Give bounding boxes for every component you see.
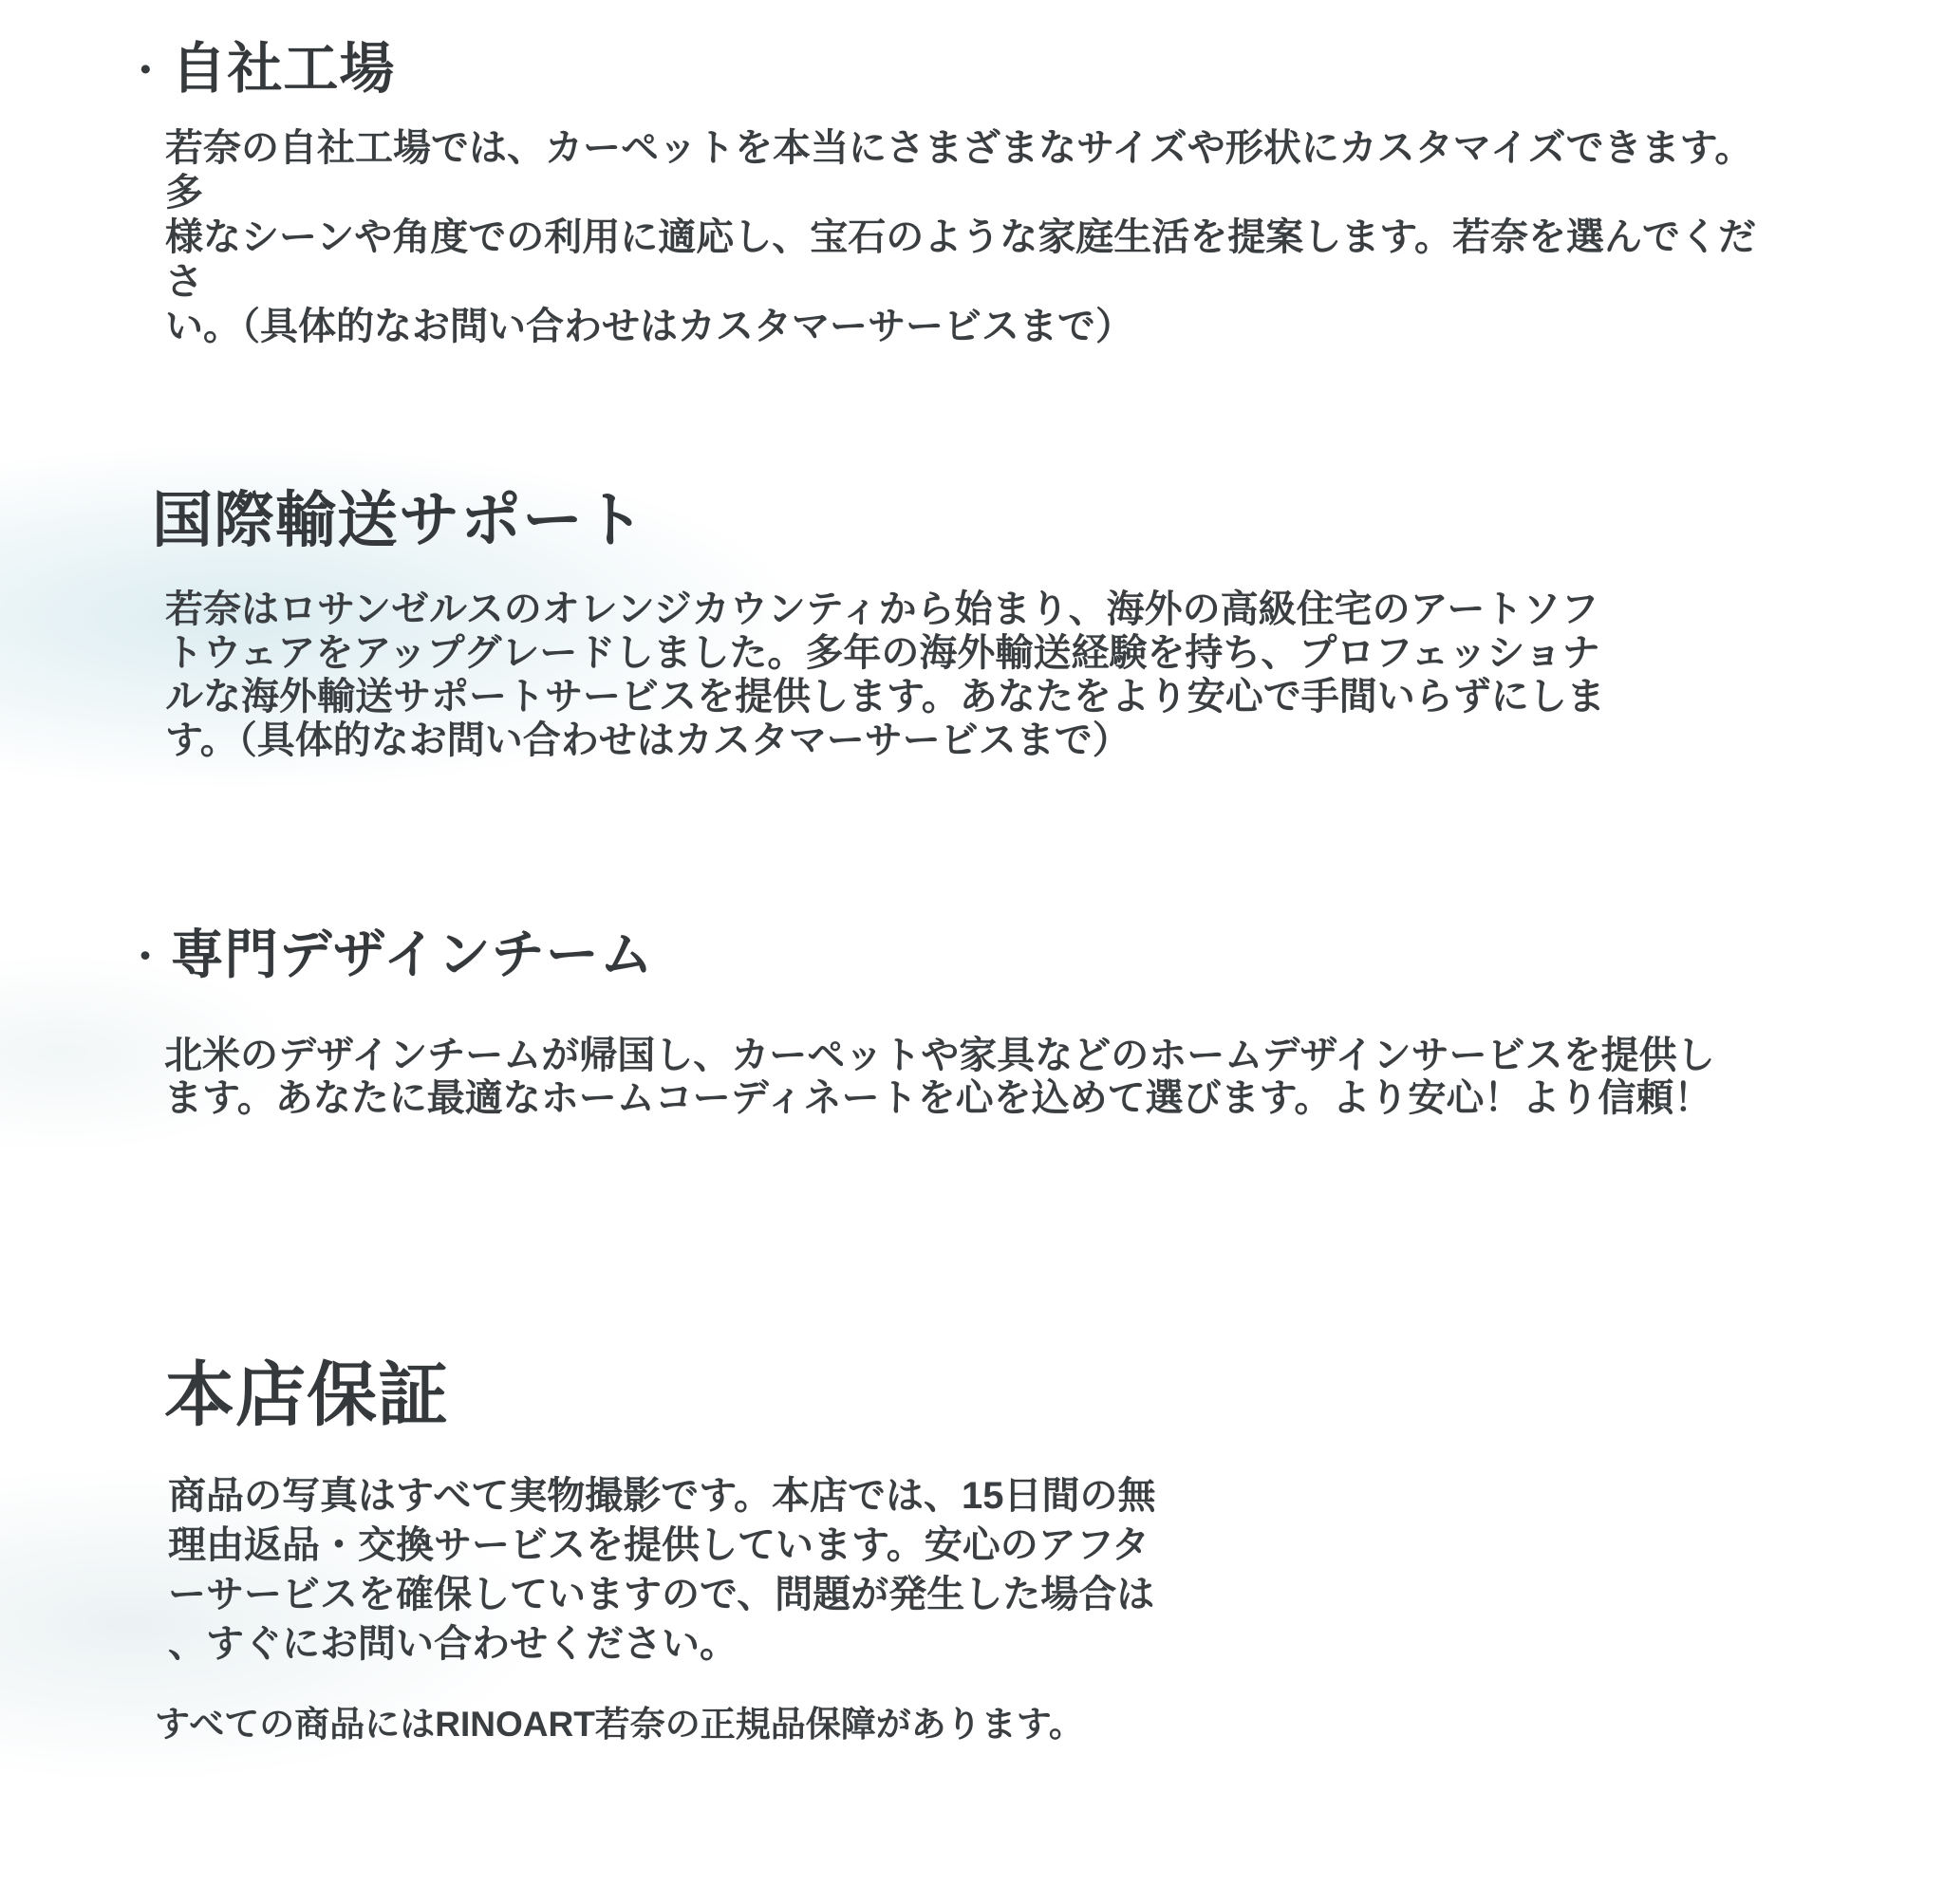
section-title-design-team: •専門デザインチーム xyxy=(136,926,1768,983)
section-title-text: 国際輸送サポート xyxy=(152,488,645,553)
section-body-international-shipping: 若奈はロサンゼルスのオレンジカウンティから始まり、海外の高級住宅のアートソフ ト… xyxy=(152,588,1633,762)
section-body-own-factory: 若奈の自社工場では、カーペットを本当にさまざまなサイズや形状にカスタマイズできま… xyxy=(136,126,1768,349)
section-body-store-guarantee: 商品の写真はすべて実物撮影です。本店では、15日間の無 理由返品・交換サービスを… xyxy=(164,1471,1303,1669)
bullet-icon: • xyxy=(140,940,151,971)
section-title-international-shipping: 国際輸送サポート xyxy=(152,488,1633,553)
product-description-page: •自社工場 若奈の自社工場では、カーペットを本当にさまざまなサイズや形状にカスタ… xyxy=(0,0,1944,1904)
section-title-text: 本店保証 xyxy=(164,1357,449,1433)
section-own-factory: •自社工場 若奈の自社工場では、カーペットを本当にさまざまなサイズや形状にカスタ… xyxy=(136,40,1768,349)
section-title-own-factory: •自社工場 xyxy=(136,40,1768,100)
bullet-icon: • xyxy=(140,53,152,85)
section-title-text: 専門デザインチーム xyxy=(171,926,654,983)
section-body-design-team: 北米のデザインチームが帰国し、カーペットや家具などのホームデザインサービスを提供… xyxy=(136,1035,1768,1120)
section-design-team: •専門デザインチーム 北米のデザインチームが帰国し、カーペットや家具などのホーム… xyxy=(136,926,1768,1120)
guarantee-footnote: すべての商品にはRINOART若奈の正規品保障があります。 xyxy=(155,1695,1303,1746)
section-store-guarantee: 本店保証 商品の写真はすべて実物撮影です。本店では、15日間の無 理由返品・交換… xyxy=(164,1357,1303,1746)
section-title-text: 自社工場 xyxy=(171,40,395,100)
section-title-store-guarantee: 本店保証 xyxy=(164,1357,1303,1433)
section-international-shipping: 国際輸送サポート 若奈はロサンゼルスのオレンジカウンティから始まり、海外の高級住… xyxy=(152,488,1633,762)
